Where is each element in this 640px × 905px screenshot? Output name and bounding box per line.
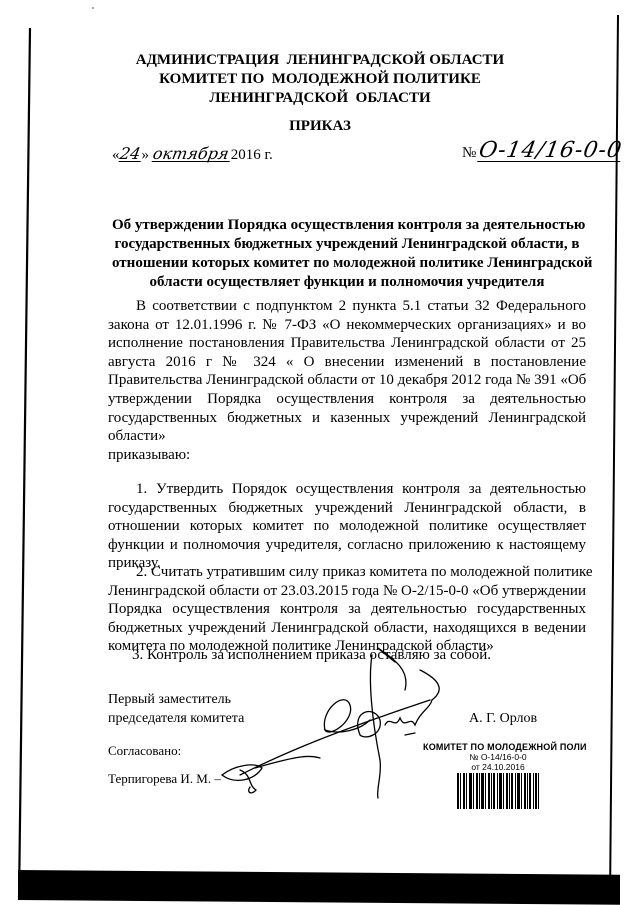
item-line: 2. Считать утратившим силу приказ комите…	[108, 563, 586, 582]
registration-stamp: КОМИТЕТ ПО МОЛОДЕЖНОЙ ПОЛИ № О-14/16-0-0…	[423, 742, 573, 814]
preamble-line: утверждении Порядка осуществления контро…	[108, 390, 586, 409]
order-item-1: 1. Утвердить Порядок осуществления контр…	[108, 480, 586, 573]
signatory-name: А. Г. Орлов	[469, 709, 537, 728]
item-line: отношении которых комитет по молодежной …	[108, 517, 586, 536]
item-line: бюджетных учреждений Ленинградской облас…	[108, 619, 586, 638]
preamble-line: государственных бюджетных и казенных учр…	[108, 409, 586, 428]
subject-line: области осуществляет функции и полномочи…	[112, 273, 582, 292]
number-label: №	[462, 145, 476, 161]
stamp-number: № О-14/16-0-0	[423, 752, 573, 762]
number-value-handwritten: О-14/16-0-0	[477, 141, 623, 162]
item-line: 3. Контроль за исполнением приказа остав…	[108, 646, 586, 665]
stamp-date: от 24.10.2016	[423, 762, 573, 772]
header-line-1: АДМИНИСТРАЦИЯ ЛЕНИНГРАДСКОЙ ОБЛАСТИ	[0, 51, 640, 70]
preamble-line: Правительства Ленинградской области от 1…	[108, 371, 586, 390]
barcode-icon	[457, 773, 539, 809]
preamble-line: закона от 12.01.1996 г. № 7-ФЗ «О некомм…	[108, 316, 586, 335]
date-year: 2016 г.	[231, 147, 273, 163]
preamble-paragraph: В соответствии с подпунктом 2 пункта 5.1…	[108, 297, 586, 446]
preamble-line: В соответствии с подпунктом 2 пункта 5.1…	[108, 297, 586, 316]
signatory-position: Первый заместитель председателя комитета	[108, 690, 244, 728]
agreed-name: Терпигорева И. М. –	[108, 769, 221, 788]
order-word: приказываю:	[108, 446, 586, 465]
stamp-org: КОМИТЕТ ПО МОЛОДЕЖНОЙ ПОЛИ	[423, 742, 573, 752]
header-line-2: КОМИТЕТ ПО МОЛОДЕЖНОЙ ПОЛИТИКЕ	[0, 70, 640, 89]
date-month-handwritten: октября	[151, 146, 232, 162]
date-day-handwritten: 24	[118, 146, 143, 162]
item-line: функции и полномочия учредителя, согласн…	[108, 536, 586, 555]
item-line: государственных бюджетных учреждений Лен…	[108, 499, 586, 518]
agreed-label: Согласовано:	[108, 741, 181, 760]
subject-line: государственных бюджетных учреждений Лен…	[112, 235, 582, 254]
scan-shadow-bar	[18, 870, 620, 905]
item-line: Порядка осуществления контроля за деятел…	[108, 600, 586, 619]
document-header: АДМИНИСТРАЦИЯ ЛЕНИНГРАДСКОЙ ОБЛАСТИ КОМИ…	[0, 51, 640, 108]
order-number: №О-14/16-0-0	[462, 141, 622, 162]
preamble-line: августа 2016 г № 324 « О внесении измене…	[108, 353, 586, 372]
order-item-3: 3. Контроль за исполнением приказа остав…	[108, 646, 586, 665]
item-line: 1. Утвердить Порядок осуществления контр…	[108, 480, 586, 499]
preamble-line: области»	[108, 427, 586, 446]
document-type-title: ПРИКАЗ	[0, 118, 640, 135]
subject-line: Об утверждении Порядка осуществления кон…	[112, 216, 582, 235]
order-date: «24» октября2016 г.	[112, 146, 273, 164]
position-line-1: Первый заместитель	[108, 690, 244, 709]
item-line: Ленинградской области от 23.03.2015 года…	[108, 582, 586, 601]
position-line-2: председателя комитета	[108, 709, 244, 728]
header-line-3: ЛЕНИНГРАДСКОЙ ОБЛАСТИ	[0, 89, 640, 108]
order-subject: Об утверждении Порядка осуществления кон…	[112, 216, 582, 292]
order-item-2: 2. Считать утратившим силу приказ комите…	[108, 563, 586, 656]
preamble-line: исполнение постановления Правительства Л…	[108, 334, 586, 353]
subject-line: отношении которых комитет по молодежной …	[112, 254, 582, 273]
